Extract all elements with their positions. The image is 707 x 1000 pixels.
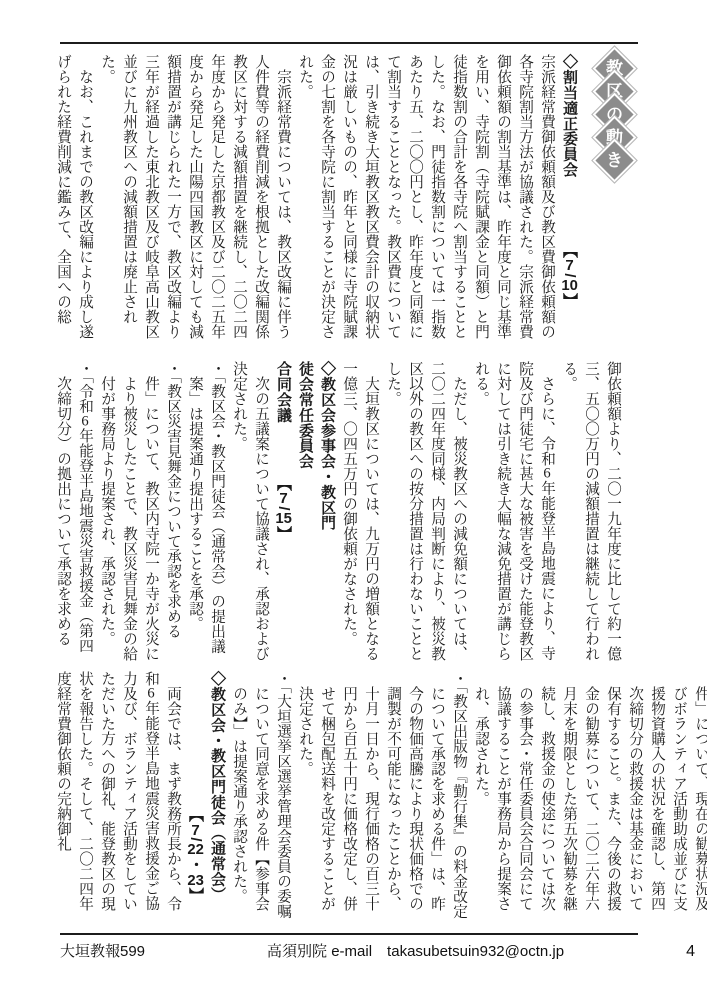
- text-band-3: 件」について、現在の勧募状況及びボランティア活動助成並びに支援物資購入の状況を確…: [52, 671, 707, 923]
- body-paragraph: なお、これまでの教区改編により成し遂げられた経費削減に鑑みて、全国への総: [52, 54, 96, 352]
- body-paragraph: 大垣教区については、九万円の増額となる一億三、〇四五万円の御依頼がなされた。: [338, 361, 382, 661]
- contact-email: 高須別院 e-mail takasubetsuin932@octn.jp: [267, 940, 564, 961]
- section-heading: ◇教区会参事会・教区門徒会常任委員会合同会議【7/15】: [272, 361, 338, 661]
- section-heading-text: 合同会議: [272, 361, 294, 423]
- text-band-2: 御依頼額より、二〇一九年度に比して約一億三、五〇〇万円の減額措置は継続して行われ…: [52, 361, 624, 661]
- body-paragraph: 件」について、現在の勧募状況及びボランティア活動助成並びに支援物資購入の状況を確…: [470, 671, 707, 923]
- body-paragraph: ・「教区会・教区門徒会（通常会）の提出議案」は提案通り提出することを承認。: [184, 361, 228, 661]
- body-paragraph: ・「教区出版物『勤行集』の料金改定について承認を求める件」は、昨今の物価高騰によ…: [294, 671, 470, 923]
- section-heading: ◇教区会・教区門徒会（通常会）【7/22・23】: [184, 671, 228, 923]
- body-paragraph: 御依頼額より、二〇一九年度に比して約一億三、五〇〇万円の減額措置は継続して行われ…: [558, 361, 624, 661]
- top-divider: [60, 42, 638, 44]
- newsletter-page: 教区の動き ◇割当適正委員会【7/10】宗派経常費御依頼額及び教区費御依頼額の各…: [0, 0, 707, 1000]
- body-paragraph: 宗派経常費については、教区改編に伴う人件費等の経費削減を根拠とした改編関係教区に…: [96, 54, 294, 352]
- body-paragraph: ・「大垣選挙区選挙管理会委員の委嘱について同意を求める件【参事会のみ】」は提案通…: [228, 671, 294, 923]
- body-paragraph: ・「令和6年能登半島地震災害救援金（第四次締切分）の拠出について承認を求める: [52, 361, 96, 661]
- publication-name: 大垣教報599: [60, 940, 145, 961]
- section-heading-text: ◇教区会・教区門徒会（通常会）: [206, 671, 228, 902]
- section-heading: ◇割当適正委員会【7/10】: [558, 54, 580, 352]
- text-bands: ◇割当適正委員会【7/10】宗派経常費御依頼額及び教区費御依頼額の各寺院割当方法…: [52, 54, 638, 923]
- body-paragraph: 次の五議案について協議され、承認および決定された。: [228, 361, 272, 661]
- footer-divider: [60, 933, 638, 935]
- body-paragraph: 宗派経常費御依頼額及び教区費御依頼額の各寺院割当方法が協議された。宗派経常費御依…: [294, 54, 558, 352]
- meeting-date: 【7/15】: [272, 476, 294, 541]
- meeting-date: 【7/10】: [558, 243, 580, 308]
- section-heading-text: ◇教区会参事会・教区門徒会常任委員会: [294, 361, 338, 541]
- text-band-1: ◇割当適正委員会【7/10】宗派経常費御依頼額及び教区費御依頼額の各寺院割当方法…: [52, 54, 637, 352]
- body-paragraph: ただし、被災教区への減免額については、二〇二四年度同様、内局判断により、被災教区…: [382, 361, 470, 661]
- page-number: 4: [686, 943, 697, 961]
- meeting-date: 【7/22・23】: [184, 807, 206, 903]
- body-paragraph: 両会では、まず教務所長から、令和6年能登半島地震災害救援金ご協力及び、ボランティ…: [52, 671, 184, 923]
- footer: 大垣教報599 高須別院 e-mail takasubetsuin932@oct…: [60, 940, 697, 961]
- body-paragraph: ・「教区災害見舞金について承認を求める件」について、教区内寺院一か寺が火災により…: [96, 361, 184, 661]
- body-paragraph: さらに、令和6年能登半島地震により、寺院及び門徒宅に甚大な被害を受けた能登教区に…: [470, 361, 558, 661]
- section-heading-text: ◇割当適正委員会: [558, 54, 580, 177]
